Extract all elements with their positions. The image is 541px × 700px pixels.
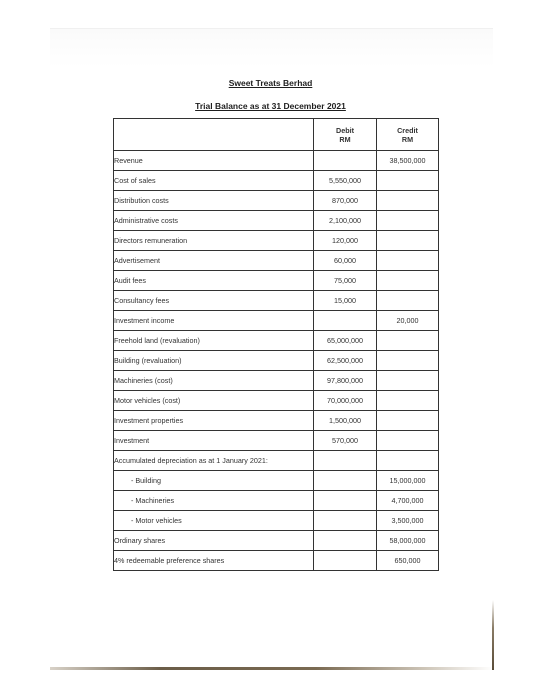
row-credit <box>377 271 439 291</box>
row-description: Motor vehicles (cost) <box>114 391 314 411</box>
row-credit: 3,500,000 <box>377 511 439 531</box>
row-debit <box>314 531 377 551</box>
row-debit <box>314 491 377 511</box>
row-description: Audit fees <box>114 271 314 291</box>
table-row: Distribution costs870,000 <box>114 191 439 211</box>
table-row: Consultancy fees15,000 <box>114 291 439 311</box>
row-credit: 38,500,000 <box>377 151 439 171</box>
row-debit <box>314 451 377 471</box>
table-row: - Building15,000,000 <box>114 471 439 491</box>
row-credit <box>377 431 439 451</box>
row-debit: 65,000,000 <box>314 331 377 351</box>
row-description: Consultancy fees <box>114 291 314 311</box>
header-debit: Debit RM <box>314 119 377 151</box>
table-row: Investment570,000 <box>114 431 439 451</box>
row-credit <box>377 231 439 251</box>
row-debit: 870,000 <box>314 191 377 211</box>
row-credit: 20,000 <box>377 311 439 331</box>
row-credit <box>377 331 439 351</box>
paper-bottom-edge <box>50 667 493 670</box>
table-row: - Machineries4,700,000 <box>114 491 439 511</box>
header-debit-unit: RM <box>314 135 376 144</box>
table-row: - Motor vehicles3,500,000 <box>114 511 439 531</box>
row-description: Freehold land (revaluation) <box>114 331 314 351</box>
table-row: Freehold land (revaluation)65,000,000 <box>114 331 439 351</box>
row-credit <box>377 171 439 191</box>
header-credit-unit: RM <box>377 135 438 144</box>
row-debit <box>314 551 377 571</box>
company-name: Sweet Treats Berhad <box>0 78 541 88</box>
paper-right-edge <box>492 600 494 670</box>
table-body: Revenue38,500,000Cost of sales5,550,000D… <box>114 151 439 571</box>
row-description: Investment <box>114 431 314 451</box>
table-row: Investment income20,000 <box>114 311 439 331</box>
row-description: Administrative costs <box>114 211 314 231</box>
row-debit: 70,000,000 <box>314 391 377 411</box>
table-row: Investment properties1,500,000 <box>114 411 439 431</box>
table-row: Accumulated depreciation as at 1 January… <box>114 451 439 471</box>
row-debit: 75,000 <box>314 271 377 291</box>
row-description: Investment income <box>114 311 314 331</box>
row-description: Revenue <box>114 151 314 171</box>
row-description: Ordinary shares <box>114 531 314 551</box>
row-description: Building (revaluation) <box>114 351 314 371</box>
row-description: - Building <box>114 471 314 491</box>
table-row: Revenue38,500,000 <box>114 151 439 171</box>
row-credit <box>377 211 439 231</box>
row-credit <box>377 191 439 211</box>
row-description: Accumulated depreciation as at 1 January… <box>114 451 314 471</box>
row-description: Investment properties <box>114 411 314 431</box>
row-debit: 2,100,000 <box>314 211 377 231</box>
row-credit: 58,000,000 <box>377 531 439 551</box>
table-row: Administrative costs2,100,000 <box>114 211 439 231</box>
row-credit: 650,000 <box>377 551 439 571</box>
table-row: Motor vehicles (cost)70,000,000 <box>114 391 439 411</box>
trial-balance-table: Debit RM Credit RM Revenue38,500,000Cost… <box>113 118 439 571</box>
row-credit <box>377 291 439 311</box>
row-description: 4% redeemable preference shares <box>114 551 314 571</box>
table-row: Ordinary shares58,000,000 <box>114 531 439 551</box>
row-description: - Motor vehicles <box>114 511 314 531</box>
row-debit <box>314 471 377 491</box>
row-credit <box>377 371 439 391</box>
row-description: - Machineries <box>114 491 314 511</box>
row-credit <box>377 351 439 371</box>
row-debit: 120,000 <box>314 231 377 251</box>
row-debit: 570,000 <box>314 431 377 451</box>
row-debit: 15,000 <box>314 291 377 311</box>
table-row: Building (revaluation)62,500,000 <box>114 351 439 371</box>
header-debit-label: Debit <box>314 126 376 135</box>
table-header-row: Debit RM Credit RM <box>114 119 439 151</box>
row-description: Distribution costs <box>114 191 314 211</box>
row-credit <box>377 251 439 271</box>
table-row: Machineries (cost)97,800,000 <box>114 371 439 391</box>
row-debit: 60,000 <box>314 251 377 271</box>
table-row: 4% redeemable preference shares650,000 <box>114 551 439 571</box>
row-credit <box>377 451 439 471</box>
row-debit <box>314 511 377 531</box>
row-credit <box>377 391 439 411</box>
row-debit: 1,500,000 <box>314 411 377 431</box>
row-debit: 97,800,000 <box>314 371 377 391</box>
row-description: Directors remuneration <box>114 231 314 251</box>
row-description: Cost of sales <box>114 171 314 191</box>
row-debit <box>314 151 377 171</box>
table-row: Directors remuneration120,000 <box>114 231 439 251</box>
header-description <box>114 119 314 151</box>
row-debit: 62,500,000 <box>314 351 377 371</box>
row-debit <box>314 311 377 331</box>
header-credit: Credit RM <box>377 119 439 151</box>
table-row: Advertisement60,000 <box>114 251 439 271</box>
row-debit: 5,550,000 <box>314 171 377 191</box>
table-row: Audit fees75,000 <box>114 271 439 291</box>
table-row: Cost of sales5,550,000 <box>114 171 439 191</box>
document-title: Trial Balance as at 31 December 2021 <box>0 101 541 111</box>
row-description: Advertisement <box>114 251 314 271</box>
header-credit-label: Credit <box>377 126 438 135</box>
row-credit: 15,000,000 <box>377 471 439 491</box>
row-credit: 4,700,000 <box>377 491 439 511</box>
row-description: Machineries (cost) <box>114 371 314 391</box>
row-credit <box>377 411 439 431</box>
